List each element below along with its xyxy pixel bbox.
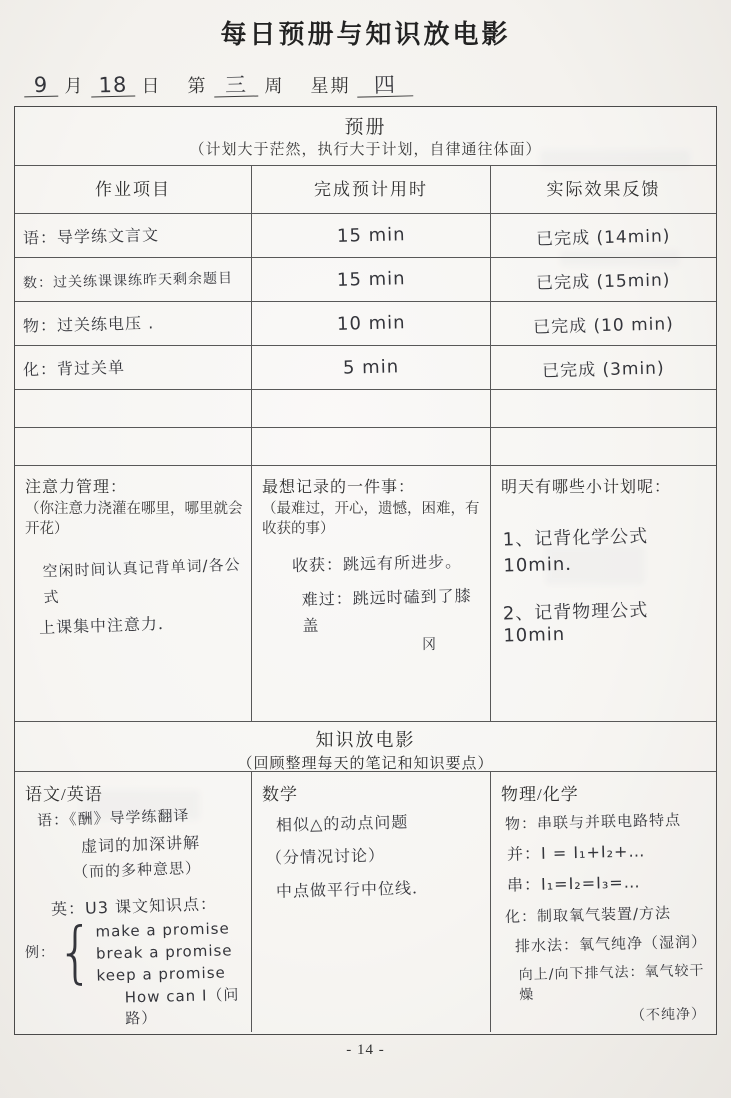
memorable-hint: （最难过，开心，遗憾，困难，有收获的事） [262,499,482,539]
review-note: 中点做平行中位线． [276,875,430,902]
page-number: - 14 - [0,1042,731,1059]
english-example-list: make a promise break a promise keep a pr… [95,917,233,986]
review-note: 串：I₁=I₂=I₃=… [507,869,641,895]
tomorrow-title: 明天有哪些小计划呢： [501,474,708,497]
review-note: 物：串联与并联电路特点 [505,809,681,834]
preview-section-subtitle: （计划大于茫然，执行大于计划，自律通往体面） [15,138,716,165]
homework-item [15,390,251,427]
review-note: （不纯净） [631,1003,706,1025]
english-examples-group: 例： { make a promise break a promise keep… [25,919,245,985]
physics-chemistry-cell: 物理/化学 物：串联与并联电路特点 并：I = I₁+I₂+… 串：I₁=I₂=… [490,772,716,1032]
table-row: 数：过关练课课练昨天剩余题目 15 min 已完成 (15min) [15,258,716,302]
tomorrow-plan-cell: 明天有哪些小计划呢： 1、记背化学公式 10min． 2、记背物理公式 10mi… [490,466,716,721]
review-section-title: 知识放电影 [15,722,716,752]
attention-cell: 注意力管理： （你注意力浇灌在哪里，哪里就会开花） 空闲时间认真记背单词/各公式… [15,466,251,721]
review-note: 语：《酬》导学练翻译 [37,804,190,830]
feedback-note: 已完成 (3min) [542,354,665,382]
preview-header-row: 作业项目 完成预计用时 实际效果反馈 [15,166,716,214]
table-row: 物：过关练电压 . 10 min 已完成 (10 min) [15,302,716,346]
review-section-subtitle: （回顾整理每天的笔记和知识要点） [15,752,716,773]
attention-title: 注意力管理： [25,474,243,497]
table-row: 语：导学练文言文 15 min 已完成 (14min) [15,214,716,258]
chinese-english-cell: 语文/英语 语：《酬》导学练翻译 虚词的加深讲解 （而的多种意思） 英：U3 课… [15,772,251,1032]
feedback-note [490,390,716,427]
review-note: 向上/向下排气法：氧气较干燥 [519,960,711,1005]
review-note: How can I（问路） [125,984,246,1029]
review-note: 相似△的动点问题 [276,809,409,835]
memorable-note-wrap: 冈 [422,637,482,653]
table-row-empty [15,390,716,428]
weekday-value: 四 [357,73,414,97]
review-note: 并：I = I₁+I₂+… [507,838,646,864]
homework-item [15,428,251,465]
planned-time: 5 min [343,356,400,378]
planned-time: 15 min [336,224,405,247]
attention-hint: （你注意力浇灌在哪里，哪里就会开花） [25,499,243,539]
planned-time: 10 min [336,312,405,335]
table-row: 化：背过关单 5 min 已完成 (3min) [15,346,716,390]
table-row-empty [15,428,716,466]
memorable-note: 收获：跳远有所进步。 [292,549,463,579]
date-month-value: 9 [24,74,59,98]
week-value: 三 [214,73,259,97]
subject-header-chinese-english: 语文/英语 [25,780,245,805]
attention-note: 空闲时间认真记背单词/各公式 [42,552,244,611]
memorable-note: 难过：跳远时磕到了膝盖 [301,583,482,639]
column-header-feedback: 实际效果反馈 [490,166,716,213]
homework-item: 化：背过关单 [23,355,126,380]
example-label: 例： [25,942,55,962]
scanned-planner-page: 每日预册与知识放电影 9 月 18 日 第 三 周 星期 四 预册 （计划大于茫… [0,0,731,1098]
feedback-note: 已完成 (10 min) [533,309,674,337]
brace-glyph: { [57,919,94,986]
homework-item: 数：过关练课课练昨天剩余题目 [23,267,233,292]
review-band: 语文/英语 语：《酬》导学练翻译 虚词的加深讲解 （而的多种意思） 英：U3 课… [15,772,716,1032]
date-day-value: 18 [91,73,136,97]
feedback-note: 已完成 (15min) [536,265,671,293]
subject-header-math: 数学 [262,780,484,805]
attention-note: 上课集中注意力． [39,611,176,642]
memorable-cell: 最想记录的一件事： （最难过，开心，遗憾，困难，有收获的事） 收获：跳远有所进步… [251,466,490,721]
homework-item: 物：过关练电压 . [23,310,155,336]
tomorrow-plan-item: 2、记背物理公式 10min [502,595,708,647]
english-example: keep a promise [96,961,233,986]
column-header-time: 完成预计用时 [251,166,490,213]
date-line: 9 月 18 日 第 三 周 星期 四 [24,72,413,98]
date-month-label: 月 [65,76,85,96]
reflection-band: 注意力管理： （你注意力浇灌在哪里，哪里就会开花） 空闲时间认真记背单词/各公式… [15,466,716,722]
math-cell: 数学 相似△的动点问题 （分情况讨论） 中点做平行中位线． [251,772,490,1032]
feedback-note [490,428,716,465]
review-note: 虚词的加深讲解 [81,830,201,857]
homework-item: 语：导学练文言文 [23,222,160,248]
weekday-label: 星期 [311,76,351,96]
planned-time: 15 min [336,268,405,291]
review-section-header: 知识放电影 （回顾整理每天的笔记和知识要点） [15,722,716,772]
week-prefix: 第 [188,76,208,96]
preview-section-title: 预册 [15,107,716,138]
review-note: （而的多种意思） [73,857,202,882]
tomorrow-plan-item: 1、记背化学公式 10min． [502,521,708,578]
column-header-item: 作业项目 [15,166,251,213]
date-day-label: 日 [142,76,162,96]
week-suffix: 周 [265,76,285,96]
planner-table: 预册 （计划大于茫然，执行大于计划，自律通往体面） 作业项目 完成预计用时 实际… [14,106,717,1035]
planned-time [251,428,490,465]
planned-time [251,390,490,427]
review-note: 排水法：氧气纯净（湿润） [515,931,707,957]
review-note: （分情况讨论） [266,843,386,869]
subject-header-physics-chemistry: 物理/化学 [501,780,710,805]
page-title: 每日预册与知识放电影 [0,14,731,51]
feedback-note: 已完成 (14min) [536,221,671,249]
review-note: 化：制取氧气装置/方法 [505,902,672,927]
memorable-title: 最想记录的一件事： [262,474,482,497]
